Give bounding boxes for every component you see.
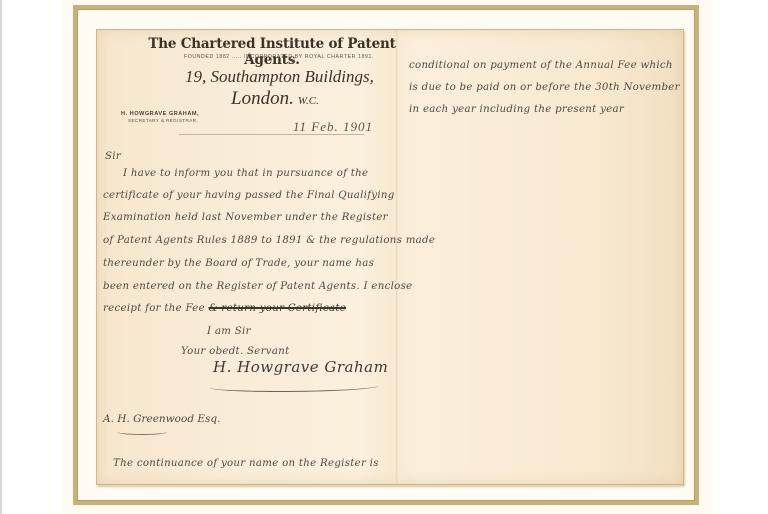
body-line: certificate of your having passed the Fi… (103, 190, 395, 201)
address-street: 19, Southampton Buildings, (185, 67, 374, 87)
signature-flourish (209, 381, 379, 392)
body-line: been entered on the Register of Patent A… (103, 281, 412, 292)
salutation: Sir (105, 151, 121, 162)
continuation-line: conditional on payment of the Annual Fee… (409, 60, 673, 71)
struck-through-text: & return your Certificate (209, 303, 347, 314)
closing-line: I am Sir (207, 326, 251, 337)
address-postal-district: W.C. (298, 95, 319, 107)
receipt-line: receipt for the Fee & return your Certif… (103, 303, 346, 314)
address-city: London.W.C. (231, 88, 319, 110)
closing-line: Your obedt. Servant (181, 346, 289, 357)
continuation-line: is due to be paid on or before the 30th … (409, 82, 680, 93)
paper-fold-crease (395, 30, 398, 484)
letter-document: The Chartered Institute of Patent Agents… (96, 29, 684, 485)
addressee: A. H. Greenwood Esq. (103, 413, 221, 425)
image-left-edge (0, 0, 2, 514)
secretary-name: H. HOWGRAVE GRAHAM, (121, 111, 199, 117)
letterhead-founded-line: Founded 1882 ..... Incorporated by Royal… (169, 54, 389, 60)
body-line: thereunder by the Board of Trade, your n… (103, 258, 374, 269)
footer-line: The continuance of your name on the Regi… (113, 458, 379, 469)
letter-date: 11 Feb. 1901 (293, 119, 373, 135)
secretary-title: Secretary & Registrar. (128, 118, 198, 123)
letterhead-title: The Chartered Institute of Patent Agents… (147, 36, 397, 68)
address-city-name: London. (231, 88, 294, 109)
body-line: I have to inform you that in pursuance o… (123, 168, 368, 179)
addressee-flourish (117, 429, 167, 435)
body-line: Examination held last November under the… (103, 212, 388, 223)
signature: H. Howgrave Graham (213, 358, 388, 376)
continuation-line: in each year including the present year (409, 104, 624, 115)
body-line: of Patent Agents Rules 1889 to 1891 & th… (103, 235, 435, 246)
receipt-line-text: receipt for the Fee (103, 303, 205, 314)
